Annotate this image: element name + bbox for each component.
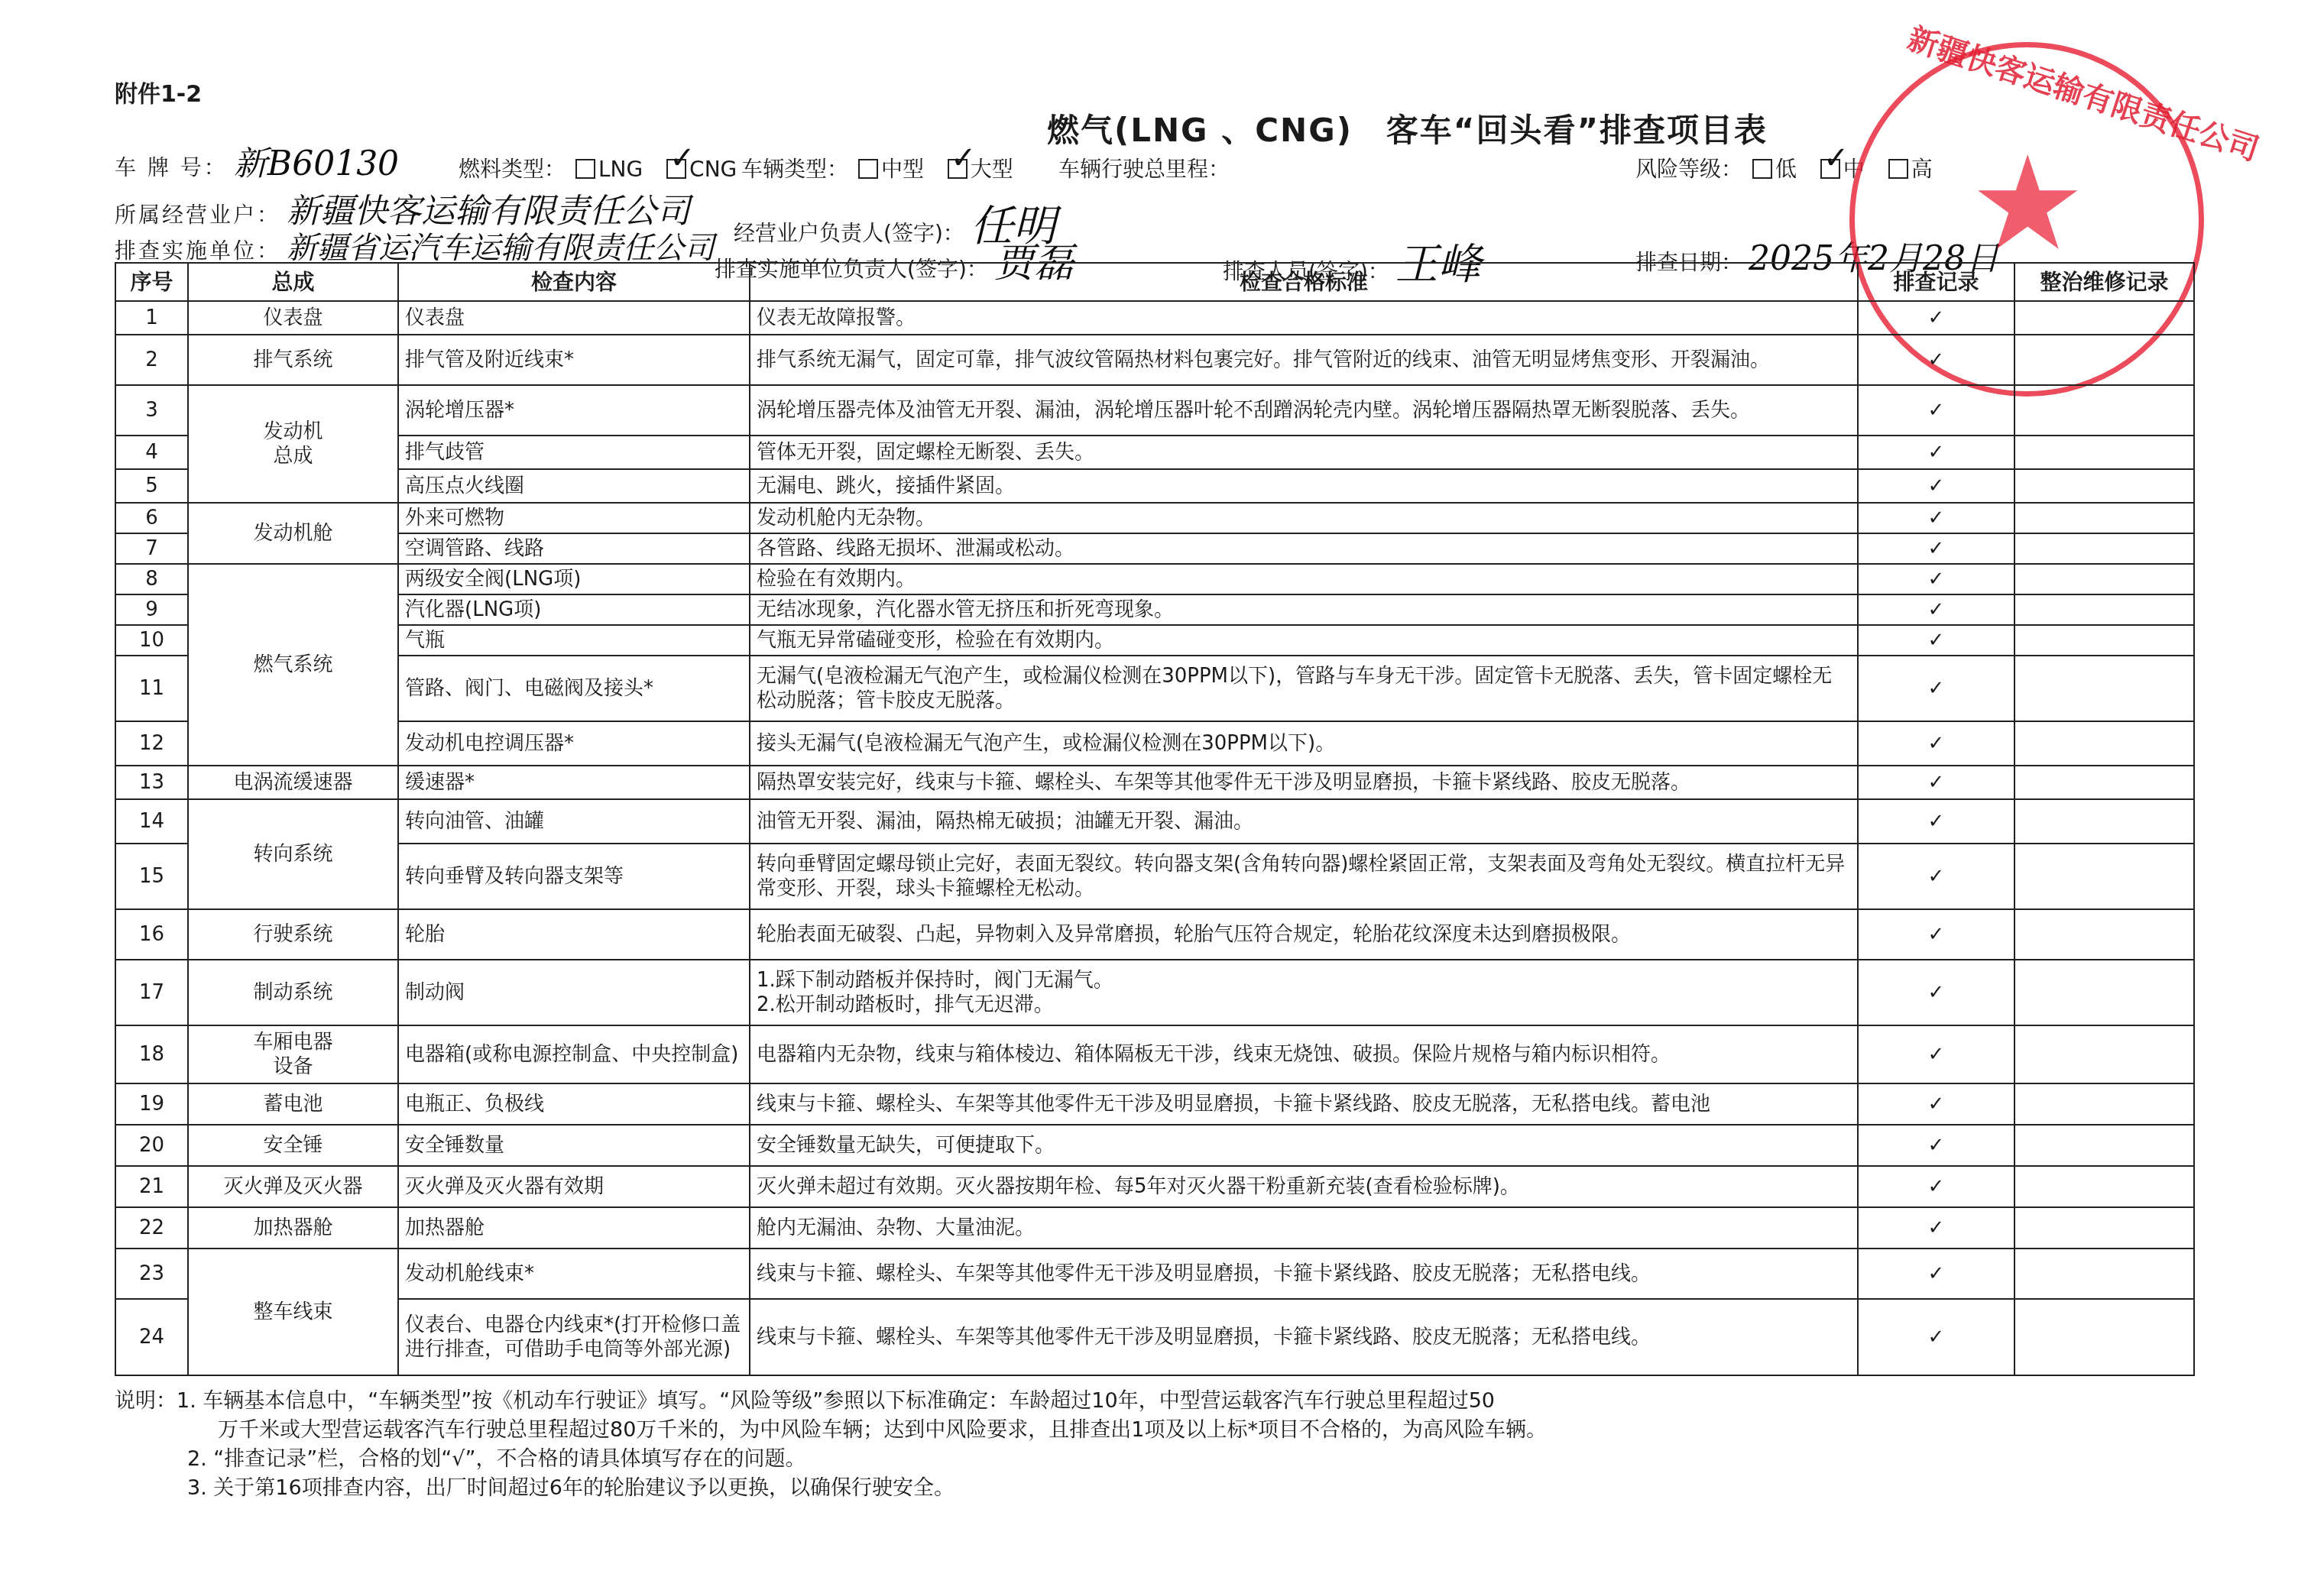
notes-section: 说明：1. 车辆基本信息中，“车辆类型”按《机动车行驶证》填写。“风险等级”参照… — [115, 1387, 1547, 1503]
standard-cell: 发动机舱内无杂物。 — [750, 503, 1858, 533]
repair-record-cell[interactable] — [2014, 1299, 2194, 1375]
standard-cell: 无结冰现象，汽化器水管无挤压和折死弯现象。 — [750, 594, 1858, 625]
inspection-item: 轮胎 — [398, 909, 750, 960]
standard-cell: 安全锤数量无缺失，可便捷取下。 — [750, 1125, 1858, 1166]
row-number: 24 — [115, 1299, 188, 1375]
table-row: 15转向垂臂及转向器支架等转向垂臂固定螺母锁止完好，表面无裂纹。转向器支架(含角… — [115, 844, 2194, 909]
repair-record-cell[interactable] — [2014, 799, 2194, 844]
standard-cell: 涡轮增压器壳体及油管无开裂、漏油，涡轮增压器叶轮不刮蹭涡轮壳内壁。涡轮增压器隔热… — [750, 385, 1858, 436]
assembly-cell: 发动机舱 — [188, 503, 398, 564]
note-line-2: 万千米或大型营运载客汽车行驶总里程超过80万千米的，为中风险车辆；达到中风险要求… — [115, 1416, 1547, 1445]
record-checkmark[interactable]: ✓ — [1858, 533, 2014, 564]
record-checkmark[interactable]: ✓ — [1858, 960, 2014, 1025]
record-checkmark[interactable]: ✓ — [1858, 301, 2014, 335]
table-body: 1仪表盘仪表盘仪表无故障报警。✓2排气系统排气管及附近线束*排气系统无漏气，固定… — [115, 301, 2194, 1375]
assembly-cell: 加热器舱 — [188, 1207, 398, 1249]
fuel-option-lng[interactable]: LNG — [572, 157, 643, 182]
standard-cell: 隔热罩安装完好，线束与卡箍、螺栓头、车架等其他零件无干涉及明显磨损，卡箍卡紧线路… — [750, 766, 1858, 799]
assembly-cell: 发动机 总成 — [188, 385, 398, 503]
table-row: 7空调管路、线路各管路、线路无损坏、泄漏或松动。✓ — [115, 533, 2194, 564]
inspection-item: 涡轮增压器* — [398, 385, 750, 436]
row-number: 22 — [115, 1207, 188, 1249]
inspection-item: 发动机舱线束* — [398, 1249, 750, 1299]
checkbox-checked-icon[interactable] — [948, 159, 968, 179]
inspection-item: 汽化器(LNG项) — [398, 594, 750, 625]
inspection-item: 仪表台、电器仓内线束*(打开检修口盖进行排查，可借助手电筒等外部光源) — [398, 1299, 750, 1375]
repair-record-cell[interactable] — [2014, 436, 2194, 469]
inspection-item: 外来可燃物 — [398, 503, 750, 533]
row-number: 15 — [115, 844, 188, 909]
table-row: 11管路、阀门、电磁阀及接头*无漏气(皂液检漏无气泡产生，或检漏仪检测在30PP… — [115, 656, 2194, 721]
row-number: 1 — [115, 301, 188, 335]
repair-record-cell[interactable] — [2014, 1125, 2194, 1166]
inspection-item: 电瓶正、负极线 — [398, 1083, 750, 1125]
plate-value[interactable]: 新B60130 — [234, 144, 399, 183]
record-checkmark[interactable]: ✓ — [1858, 385, 2014, 436]
assembly-cell: 燃气系统 — [188, 564, 398, 766]
repair-record-cell[interactable] — [2014, 1025, 2194, 1083]
record-checkmark[interactable]: ✓ — [1858, 1025, 2014, 1083]
record-checkmark[interactable]: ✓ — [1858, 594, 2014, 625]
row-number: 12 — [115, 721, 188, 766]
inspection-item: 管路、阀门、电磁阀及接头* — [398, 656, 750, 721]
assembly-cell: 灭火弹及灭火器 — [188, 1166, 398, 1207]
standard-cell: 管体无开裂，固定螺栓无断裂、丢失。 — [750, 436, 1858, 469]
standard-cell: 电器箱内无杂物，线束与箱体棱边、箱体隔板无干涉，线束无烧蚀、破损。保险片规格与箱… — [750, 1025, 1858, 1083]
row-number: 5 — [115, 469, 188, 503]
standard-cell: 1.踩下制动踏板并保持时，阀门无漏气。 2.松开制动踏板时，排气无迟滞。 — [750, 960, 1858, 1025]
note-line-4: 3. 关于第16项排查内容，出厂时间超过6年的轮胎建议予以更换，以确保行驶安全。 — [115, 1474, 1547, 1503]
fuel-type-label: 燃料类型： — [459, 157, 566, 182]
assembly-cell: 电涡流缓速器 — [188, 766, 398, 799]
vehicle-type-label: 车辆类型： — [741, 157, 848, 182]
checkbox-checked-icon[interactable] — [1820, 159, 1840, 179]
row-number: 13 — [115, 766, 188, 799]
table-row: 17制动系统制动阀1.踩下制动踏板并保持时，阀门无漏气。 2.松开制动踏板时，排… — [115, 960, 2194, 1025]
vehicle-option-medium: 中型 — [881, 157, 924, 182]
standard-cell: 舱内无漏油、杂物、大量油泥。 — [750, 1207, 1858, 1249]
repair-record-cell[interactable] — [2014, 1166, 2194, 1207]
repair-record-cell[interactable] — [2014, 301, 2194, 335]
table-row: 18车厢电器 设备电器箱(或称电源控制盒、中央控制盒)电器箱内无杂物，线束与箱体… — [115, 1025, 2194, 1083]
table-row: 8燃气系统两级安全阀(LNG项)检验在有效期内。✓ — [115, 564, 2194, 594]
col-header-repair: 整治维修记录 — [2014, 263, 2194, 301]
assembly-cell: 转向系统 — [188, 799, 398, 909]
table-row: 2排气系统排气管及附近线束*排气系统无漏气，固定可靠，排气波纹管隔热材料包裹完好… — [115, 335, 2194, 385]
assembly-cell: 蓄电池 — [188, 1083, 398, 1125]
repair-record-cell[interactable] — [2014, 625, 2194, 656]
record-checkmark[interactable]: ✓ — [1858, 436, 2014, 469]
repair-record-cell[interactable] — [2014, 503, 2194, 533]
implementer-field: 排查实施单位：新疆省运汽车运输有限责任公司 — [115, 224, 715, 267]
checkbox-icon[interactable] — [858, 159, 878, 179]
record-checkmark[interactable]: ✓ — [1858, 469, 2014, 503]
row-number: 4 — [115, 436, 188, 469]
repair-record-cell[interactable] — [2014, 909, 2194, 960]
record-checkmark[interactable]: ✓ — [1858, 503, 2014, 533]
repair-record-cell[interactable] — [2014, 656, 2194, 721]
table-row: 22加热器舱加热器舱舱内无漏油、杂物、大量油泥。✓ — [115, 1207, 2194, 1249]
note-line-3: 2. “排查记录”栏，合格的划“√”，不合格的请具体填写存在的问题。 — [115, 1445, 1547, 1474]
inspection-item: 空调管路、线路 — [398, 533, 750, 564]
assembly-cell: 排气系统 — [188, 335, 398, 385]
table-row: 21灭火弹及灭火器灭火弹及灭火器有效期灭火弹未超过有效期。灭火器按期年检、每5年… — [115, 1166, 2194, 1207]
record-checkmark[interactable]: ✓ — [1858, 909, 2014, 960]
note-line-1: 说明：1. 车辆基本信息中，“车辆类型”按《机动车行驶证》填写。“风险等级”参照… — [115, 1387, 1547, 1416]
inspection-item: 气瓶 — [398, 625, 750, 656]
record-checkmark[interactable]: ✓ — [1858, 564, 2014, 594]
implementer-label: 排查实施单位： — [115, 238, 280, 264]
table-row: 9汽化器(LNG项)无结冰现象，汽化器水管无挤压和折死弯现象。✓ — [115, 594, 2194, 625]
inspection-item: 仪表盘 — [398, 301, 750, 335]
document-title: 燃气(LNG 、CNG) 客车“回头看”排查项目表 — [1047, 105, 1768, 151]
standard-cell: 转向垂臂固定螺母锁止完好，表面无裂纹。转向器支架(含角转向器)螺栓紧固正常，支架… — [750, 844, 1858, 909]
checkbox-checked-icon[interactable] — [666, 159, 686, 179]
inspection-item: 制动阀 — [398, 960, 750, 1025]
assembly-cell: 安全锤 — [188, 1125, 398, 1166]
row-number: 14 — [115, 799, 188, 844]
inspection-item: 排气歧管 — [398, 436, 750, 469]
repair-record-cell[interactable] — [2014, 594, 2194, 625]
table-row: 20安全锤安全锤数量安全锤数量无缺失，可便捷取下。✓ — [115, 1125, 2194, 1166]
assembly-cell: 仪表盘 — [188, 301, 398, 335]
col-header-standard: 检查合格标准 — [750, 263, 1858, 301]
standard-cell: 线束与卡箍、螺栓头、车架等其他零件无干涉及明显磨损，卡箍卡紧线路、胶皮无脱落；无… — [750, 1249, 1858, 1299]
repair-record-cell[interactable] — [2014, 1207, 2194, 1249]
record-checkmark[interactable]: ✓ — [1858, 656, 2014, 721]
checkbox-icon[interactable] — [1888, 159, 1908, 179]
row-number: 7 — [115, 533, 188, 564]
repair-record-cell[interactable] — [2014, 1083, 2194, 1125]
row-number: 20 — [115, 1125, 188, 1166]
inspection-item: 发动机电控调压器* — [398, 721, 750, 766]
row-number: 6 — [115, 503, 188, 533]
row-number: 11 — [115, 656, 188, 721]
mileage-label: 车辆行驶总里程： — [1058, 157, 1230, 182]
standard-cell: 仪表无故障报警。 — [750, 301, 1858, 335]
col-header-item: 检查内容 — [398, 263, 750, 301]
plate-field: 车 牌 号：新B60130 — [115, 136, 399, 185]
inspection-item: 灭火弹及灭火器有效期 — [398, 1166, 750, 1207]
repair-record-cell[interactable] — [2014, 469, 2194, 503]
record-checkmark[interactable]: ✓ — [1858, 721, 2014, 766]
repair-record-cell[interactable] — [2014, 1249, 2194, 1299]
assembly-cell: 整车线束 — [188, 1249, 398, 1375]
inspection-table: 序号 总成 检查内容 检查合格标准 排查记录 整治维修记录 1仪表盘仪表盘仪表无… — [115, 262, 2195, 1376]
record-checkmark[interactable]: ✓ — [1858, 1125, 2014, 1166]
repair-record-cell[interactable] — [2014, 721, 2194, 766]
inspection-item: 两级安全阀(LNG项) — [398, 564, 750, 594]
risk-option-high: 高 — [1911, 157, 1933, 182]
record-checkmark[interactable]: ✓ — [1858, 1083, 2014, 1125]
table-row: 23整车线束发动机舱线束*线束与卡箍、螺栓头、车架等其他零件无干涉及明显磨损，卡… — [115, 1249, 2194, 1299]
row-number: 23 — [115, 1249, 188, 1299]
assembly-cell: 行驶系统 — [188, 909, 398, 960]
mileage-field: 车辆行驶总里程： — [1058, 153, 1230, 183]
row-number: 2 — [115, 335, 188, 385]
standard-cell: 轮胎表面无破裂、凸起，异物刺入及异常磨损，轮胎气压符合规定，轮胎花纹深度未达到磨… — [750, 909, 1858, 960]
table-row: 3发动机 总成涡轮增压器*涡轮增压器壳体及油管无开裂、漏油，涡轮增压器叶轮不刮蹭… — [115, 385, 2194, 436]
assembly-cell: 车厢电器 设备 — [188, 1025, 398, 1083]
record-checkmark[interactable]: ✓ — [1858, 844, 2014, 909]
record-checkmark[interactable]: ✓ — [1858, 799, 2014, 844]
table-row: 12发动机电控调压器*接头无漏气(皂液检漏无气泡产生，或检漏仪检测在30PPM以… — [115, 721, 2194, 766]
row-number: 10 — [115, 625, 188, 656]
checkbox-icon[interactable] — [575, 159, 595, 179]
standard-cell: 排气系统无漏气，固定可靠，排气波纹管隔热材料包裹完好。排气管附近的线束、油管无明… — [750, 335, 1858, 385]
col-header-no: 序号 — [115, 263, 188, 301]
repair-record-cell[interactable] — [2014, 335, 2194, 385]
record-checkmark[interactable]: ✓ — [1858, 335, 2014, 385]
vehicle-option-large: 大型 — [971, 157, 1013, 182]
repair-record-cell[interactable] — [2014, 766, 2194, 799]
attachment-label: 附件1-2 — [115, 75, 202, 108]
col-header-assembly: 总成 — [188, 263, 398, 301]
risk-level-field: 风险等级： 低 中 高 — [1635, 153, 1946, 183]
table-header-row: 序号 总成 检查内容 检查合格标准 排查记录 整治维修记录 — [115, 263, 2194, 301]
standard-cell: 检验在有效期内。 — [750, 564, 1858, 594]
table-row: 14转向系统转向油管、油罐油管无开裂、漏油，隔热棉无破损；油罐无开裂、漏油。✓ — [115, 799, 2194, 844]
record-checkmark[interactable]: ✓ — [1858, 1166, 2014, 1207]
row-number: 3 — [115, 385, 188, 436]
repair-record-cell[interactable] — [2014, 533, 2194, 564]
inspection-item: 转向垂臂及转向器支架等 — [398, 844, 750, 909]
table-row: 4排气歧管管体无开裂，固定螺栓无断裂、丢失。✓ — [115, 436, 2194, 469]
table-row: 5高压点火线圈无漏电、跳火，接插件紧固。✓ — [115, 469, 2194, 503]
standard-cell: 线束与卡箍、螺栓头、车架等其他零件无干涉及明显磨损，卡箍卡紧线路、胶皮无脱落，无… — [750, 1083, 1858, 1125]
standard-cell: 无漏气(皂液检漏无气泡产生，或检漏仪检测在30PPM以下)，管路与车身无干涉。固… — [750, 656, 1858, 721]
row-number: 16 — [115, 909, 188, 960]
fuel-type-field: 燃料类型： LNG CNG — [459, 153, 750, 183]
implementer-value[interactable]: 新疆省运汽车运输有限责任公司 — [287, 231, 715, 266]
row-number: 17 — [115, 960, 188, 1025]
record-checkmark[interactable]: ✓ — [1858, 625, 2014, 656]
record-checkmark[interactable]: ✓ — [1858, 1299, 2014, 1375]
table-row: 10气瓶气瓶无异常磕碰变形，检验在有效期内。✓ — [115, 625, 2194, 656]
inspection-item: 转向油管、油罐 — [398, 799, 750, 844]
repair-record-cell[interactable] — [2014, 385, 2194, 436]
inspection-item: 安全锤数量 — [398, 1125, 750, 1166]
table-row: 13电涡流缓速器缓速器*隔热罩安装完好，线束与卡箍、螺栓头、车架等其他零件无干涉… — [115, 766, 2194, 799]
standard-cell: 油管无开裂、漏油，隔热棉无破损；油罐无开裂、漏油。 — [750, 799, 1858, 844]
inspection-item: 加热器舱 — [398, 1207, 750, 1249]
inspection-item: 排气管及附近线束* — [398, 335, 750, 385]
record-checkmark[interactable]: ✓ — [1858, 1249, 2014, 1299]
row-number: 9 — [115, 594, 188, 625]
fuel-option-cng[interactable]: CNG — [663, 157, 737, 182]
row-number: 19 — [115, 1083, 188, 1125]
standard-cell: 无漏电、跳火，接插件紧固。 — [750, 469, 1858, 503]
record-checkmark[interactable]: ✓ — [1858, 766, 2014, 799]
inspection-item: 电器箱(或称电源控制盒、中央控制盒) — [398, 1025, 750, 1083]
repair-record-cell[interactable] — [2014, 564, 2194, 594]
checkbox-icon[interactable] — [1752, 159, 1772, 179]
plate-label: 车 牌 号： — [115, 155, 228, 180]
record-checkmark[interactable]: ✓ — [1858, 1207, 2014, 1249]
risk-label: 风险等级： — [1635, 157, 1742, 182]
table-row: 19蓄电池电瓶正、负极线线束与卡箍、螺栓头、车架等其他零件无干涉及明显磨损，卡箍… — [115, 1083, 2194, 1125]
seal-text: 新疆快客运输有限责任公司 — [1903, 15, 2265, 170]
row-number: 21 — [115, 1166, 188, 1207]
inspection-item: 缓速器* — [398, 766, 750, 799]
assembly-cell: 制动系统 — [188, 960, 398, 1025]
table-row: 24仪表台、电器仓内线束*(打开检修口盖进行排查，可借助手电筒等外部光源)线束与… — [115, 1299, 2194, 1375]
table-row: 16行驶系统轮胎轮胎表面无破裂、凸起，异物刺入及异常磨损，轮胎气压符合规定，轮胎… — [115, 909, 2194, 960]
standard-cell: 线束与卡箍、螺栓头、车架等其他零件无干涉及明显磨损，卡箍卡紧线路、胶皮无脱落；无… — [750, 1299, 1858, 1375]
table-row: 1仪表盘仪表盘仪表无故障报警。✓ — [115, 301, 2194, 335]
inspection-item: 高压点火线圈 — [398, 469, 750, 503]
standard-cell: 各管路、线路无损坏、泄漏或松动。 — [750, 533, 1858, 564]
col-header-record: 排查记录 — [1858, 263, 2014, 301]
risk-option-low: 低 — [1775, 157, 1797, 182]
notes-label: 说明： — [115, 1389, 177, 1413]
table-row: 6发动机舱外来可燃物发动机舱内无杂物。✓ — [115, 503, 2194, 533]
standard-cell: 接头无漏气(皂液检漏无气泡产生，或检漏仪检测在30PPM以下)。 — [750, 721, 1858, 766]
row-number: 8 — [115, 564, 188, 594]
row-number: 18 — [115, 1025, 188, 1083]
vehicle-type-field: 车辆类型： 中型 大型 — [741, 153, 1027, 183]
repair-record-cell[interactable] — [2014, 960, 2194, 1025]
repair-record-cell[interactable] — [2014, 844, 2194, 909]
standard-cell: 灭火弹未超过有效期。灭火器按期年检、每5年对灭火器干粉重新充装(查看检验标牌)。 — [750, 1166, 1858, 1207]
standard-cell: 气瓶无异常磕碰变形，检验在有效期内。 — [750, 625, 1858, 656]
